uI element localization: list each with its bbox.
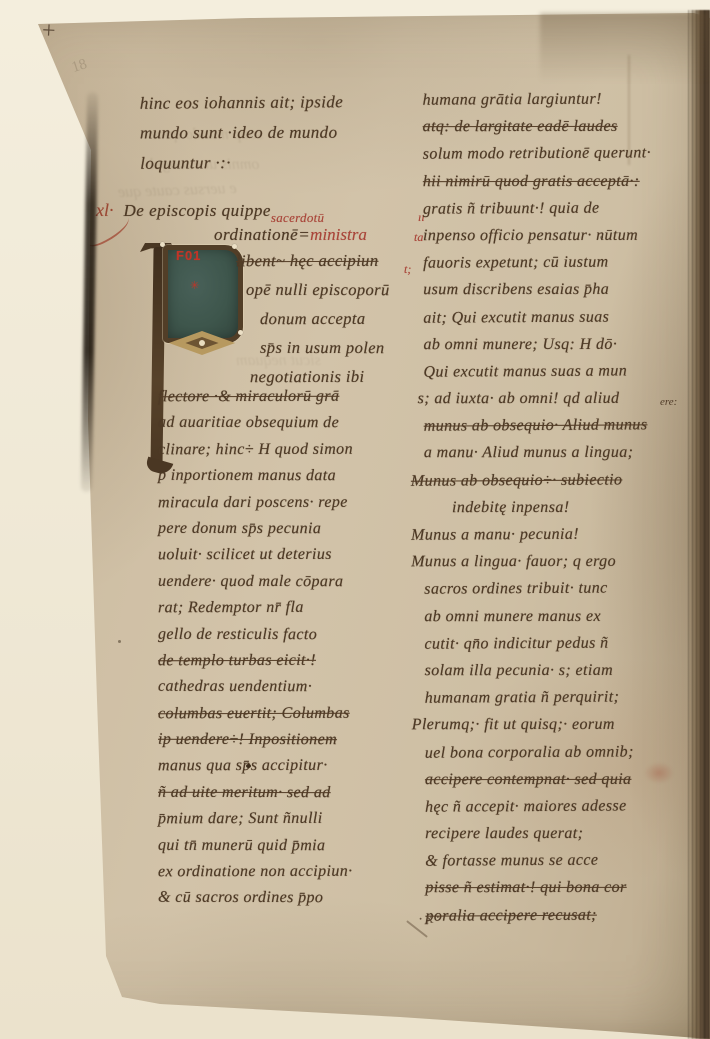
initial-corner-dot <box>160 242 165 247</box>
text-line: indebitę inpensa! <box>452 494 652 521</box>
rubric-interlinear-red: sacerdotū <box>271 210 325 225</box>
ink-speck <box>118 640 121 643</box>
text-line: clinare; hinc÷ H quod simon <box>158 437 353 464</box>
manuscript-scan: soup mundo quae omnis ut euangel e uersu… <box>0 0 710 1039</box>
text-line: cutit· qn̄o indicitur pedus ñ <box>424 629 652 658</box>
text-line: usum discribens esaias p̄ha <box>423 276 651 304</box>
text-line: fauoris expetunt; cū iustum <box>423 248 651 277</box>
parchment-page: soup mundo quae omnis ut euangel e uersu… <box>0 0 710 1039</box>
text-line: uendere· quod male cōpara <box>158 569 353 596</box>
text-line: gratis ñ tribuunt·! quia de <box>423 194 651 223</box>
text-line: inpenso officio pensatur· nūtum <box>423 222 651 250</box>
chapter-rubric: xl·De episcopis quippesacerdotū ordinati… <box>96 200 367 245</box>
text-line: manus qua sp̄s accipitur· <box>158 753 353 780</box>
text-line: libent~ hęc accipiun <box>236 246 390 275</box>
text-line: ait; Qui excutit manus suas <box>423 303 651 332</box>
text-line: Munus a lingua· fauor; q ergo <box>411 548 652 576</box>
right-column-body: humana grātia largiuntur!atq: de largita… <box>423 86 654 930</box>
text-line: de templo turbas eicit·! <box>158 648 353 675</box>
show-through-text: e uersus caute que <box>118 180 237 202</box>
rubric-line2-red: ministra <box>310 225 367 244</box>
text-line: accipere contempnat· sed quia <box>425 766 653 794</box>
text-line: ad auaritiae obsequium de <box>158 410 353 437</box>
text-line: s; ad iuxta· ab omni! qd aliud <box>418 385 652 413</box>
text-line: Qui excutit manus suas a mun <box>423 357 651 386</box>
text-line: gello de resticulis facto <box>158 621 353 648</box>
left-column-opening-block: hinc eos iohannis ait; ipsidemundo sunt … <box>140 87 344 178</box>
text-line: ip uendere÷! Inpositionem <box>158 727 353 754</box>
text-line: solum modo retributionē querunt· <box>423 140 651 169</box>
text-line: cathedras uendentium· <box>158 674 353 701</box>
text-line: hinc eos iohannis ait; ipside <box>140 87 344 119</box>
text-line: mundo sunt ·ideo de mundo <box>140 118 343 149</box>
text-line: & cū sacros ordines p̄po <box>158 885 353 912</box>
text-line: pere donum sp̄s pecunia <box>158 516 353 543</box>
text-line: hęc ñ accepit· maiores adesse <box>425 792 653 821</box>
text-line: uel bona corporalia ab omnib; <box>425 738 653 767</box>
cross-mark: + <box>41 18 56 46</box>
text-line: rat; Redemptor nr̄ fla <box>158 595 353 622</box>
ink-speck <box>246 764 251 768</box>
text-line: ab omni munere manus ex <box>424 602 652 630</box>
text-line: columbas euertit; Columbas <box>158 700 353 727</box>
text-line: opē nulli episcoporū <box>246 275 390 304</box>
left-column-beside-initial: libent~ hęc accipiunopē nulli episcoporū… <box>236 246 390 391</box>
text-line: recipere laudes querat; <box>425 820 653 848</box>
text-line: flectore ·& miraculorū grā <box>158 384 353 411</box>
text-line: miracula dari poscens· repe <box>158 489 353 516</box>
text-line: hii nimirū quod gratis acceptā·: <box>423 167 651 195</box>
text-line: ab omni munere; Usq: H dō· <box>423 331 651 359</box>
red-stain <box>644 762 674 784</box>
bottom-left-dagger-mark: † <box>47 927 59 950</box>
rubric-overflow-mark: ta <box>414 230 423 245</box>
bottom-x-mark: ·x· <box>417 909 443 929</box>
text-line: Plerumq;· fit ut quisq;· eorum <box>412 711 653 739</box>
text-line: atq: de largitate eadē laudes <box>423 113 651 141</box>
text-line: a manu· Aliud munus a lingua; <box>424 439 652 467</box>
initial-flower-ornament: ✳ <box>190 279 199 292</box>
text-line: munus ab obsequio· Aliud munus <box>424 412 652 441</box>
chapter-number: xl· <box>96 200 114 220</box>
ink-speck <box>600 236 603 239</box>
show-through-text: quia episcopis dixit <box>8 176 30 301</box>
text-line: humanam gratia ñ perquirit; <box>425 683 653 712</box>
text-line: uoluit· scilicet ut deterius <box>158 542 353 569</box>
rubric-title: De episcopis quippe <box>124 201 271 220</box>
initial-red-stamp: F01 <box>176 248 201 263</box>
text-line: loquuntur ·:· <box>140 147 344 179</box>
text-line: & fortasse munus se acce <box>425 847 653 876</box>
red-superscript-correction: t; <box>404 262 411 277</box>
text-line: poralia accipere recusat; <box>425 901 653 930</box>
text-line: solam illa pecunia· s; etiam <box>425 657 653 685</box>
book-gutter-edge <box>688 10 710 1039</box>
text-line: ex ordinatione non accipiun· <box>158 859 353 886</box>
text-line: Munus a manu· pecunia! <box>411 520 652 549</box>
text-line: p inportionem manus data <box>158 463 353 490</box>
rubric-line2: ordinationē= <box>214 225 310 244</box>
text-line: p̄mium dare; Sunt ñnulli <box>158 806 353 833</box>
text-line: humana grātia largiuntur! <box>422 85 650 114</box>
page-top-edge-shadow <box>540 13 710 83</box>
text-line: sp̄s in usum polen <box>260 333 390 362</box>
text-line: donum accepta <box>260 304 390 333</box>
text-line: pisse ñ estimat·! qui bona cor <box>425 874 653 902</box>
interlinear-note: ere: <box>660 396 677 408</box>
text-line: qui tn̄ munerū quid p̄mia <box>158 832 353 859</box>
initial-bowl <box>163 245 243 343</box>
text-line: Munus ab obsequio÷· subiectio <box>411 466 652 495</box>
text-line: ñ ad uite meritum· sed ad <box>158 780 353 807</box>
left-column-body: flectore ·& miraculorū grāad auaritiae o… <box>158 384 353 912</box>
pencil-folio-number: 18 <box>70 56 90 77</box>
text-line: sacros ordines tribuit· tunc <box>424 575 652 604</box>
